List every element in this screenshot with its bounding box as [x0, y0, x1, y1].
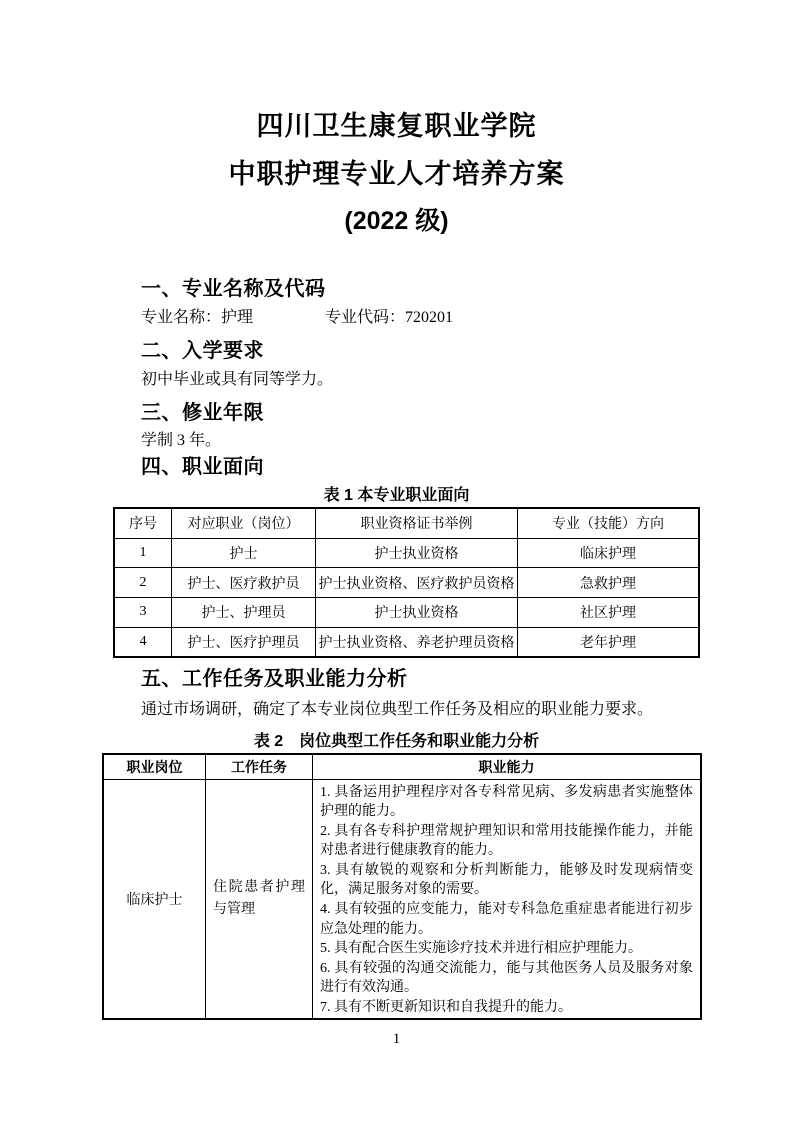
table1-cell: 护士执业资格: [316, 538, 518, 568]
table1-cell: 护士: [172, 538, 316, 568]
career-orientation-table: 序号 对应职业（岗位） 职业资格证书举例 专业（技能）方向 1 护士 护士执业资…: [113, 507, 700, 658]
job-position-cell: 临床护士: [103, 779, 206, 1019]
table2-header-cell: 职业能力: [313, 754, 702, 779]
page-number: 1: [0, 1031, 793, 1048]
doc-title-line-3: (2022 级): [0, 201, 793, 237]
ability-item: 7. 具有不断更新知识和自我提升的能力。: [320, 998, 693, 1018]
table1-cell: 社区护理: [518, 597, 700, 627]
ability-item: 3. 具有敏锐的观察和分析判断能力，能够及时发现病情变化，满足服务对象的需要。: [320, 861, 693, 900]
work-task-cell: 住院患者护理与管理: [206, 779, 313, 1019]
table-row: 4 护士、医疗护理员 护士执业资格、养老护理员资格 老年护理: [114, 627, 699, 657]
table1-cell: 3: [114, 597, 172, 627]
ability-item: 2. 具有各专科护理常规护理知识和常用技能操作能力，并能对患者进行健康教育的能力…: [320, 822, 693, 861]
table1-cell: 护士执业资格、养老护理员资格: [316, 627, 518, 657]
table-row: 3 护士、护理员 护士执业资格 社区护理: [114, 597, 699, 627]
table-row: 临床护士 住院患者护理与管理 1. 具备运用护理程序对各专科常见病、多发病患者实…: [103, 779, 701, 1019]
table2-caption: 表 2 岗位典型工作任务和职业能力分析: [0, 728, 793, 751]
abilities-cell: 1. 具备运用护理程序对各专科常见病、多发病患者实施整体护理的能力。 2. 具有…: [313, 779, 702, 1019]
table1-header-cell: 职业资格证书举例: [316, 508, 518, 538]
doc-title-line-1: 四川卫生康复职业学院: [0, 104, 793, 143]
table-row: 1 护士 护士执业资格 临床护理: [114, 538, 699, 568]
survey-intro-text: 通过市场调研，确定了本专业岗位典型工作任务及相应的职业能力要求。: [141, 696, 681, 719]
table1-cell: 护士、护理员: [172, 597, 316, 627]
table1-cell: 1: [114, 538, 172, 568]
table1-cell: 4: [114, 627, 172, 657]
section-heading-5: 五、工作任务及职业能力分析: [141, 662, 408, 691]
table1-cell: 急救护理: [518, 568, 700, 598]
table1-cell: 护士执业资格、医疗救护员资格: [316, 568, 518, 598]
major-name-code-line: 专业名称：护理 专业代码：720201: [141, 304, 453, 327]
major-code-label: 专业代码：720201: [325, 309, 453, 326]
table1-caption: 表 1 本专业职业面向: [0, 482, 793, 505]
table1-cell: 护士、医疗护理员: [172, 627, 316, 657]
table2-header-cell: 职业岗位: [103, 754, 206, 779]
table1-header-cell: 专业（技能）方向: [518, 508, 700, 538]
section-heading-3: 三、修业年限: [141, 396, 264, 425]
table1-cell: 老年护理: [518, 627, 700, 657]
table-header-row: 职业岗位 工作任务 职业能力: [103, 754, 701, 779]
document-page: 四川卫生康复职业学院 中职护理专业人才培养方案 (2022 级) 一、专业名称及…: [0, 0, 793, 1122]
entry-requirement-text: 初中毕业或具有同等学力。: [141, 366, 333, 389]
section-heading-4: 四、职业面向: [141, 450, 264, 479]
ability-item: 6. 具有较强的沟通交流能力，能与其他医务人员及服务对象进行有效沟通。: [320, 959, 693, 998]
table2-header-cell: 工作任务: [206, 754, 313, 779]
table1-cell: 护士执业资格: [316, 597, 518, 627]
section-heading-1: 一、专业名称及代码: [141, 272, 326, 301]
major-name-label: 专业名称：护理: [141, 304, 321, 327]
table1-cell: 临床护理: [518, 538, 700, 568]
work-task-ability-table: 职业岗位 工作任务 职业能力 临床护士 住院患者护理与管理 1. 具备运用护理程…: [102, 753, 702, 1020]
table1-header-cell: 对应职业（岗位）: [172, 508, 316, 538]
doc-title-line-2: 中职护理专业人才培养方案: [0, 152, 793, 191]
table1-header-cell: 序号: [114, 508, 172, 538]
study-period-text: 学制 3 年。: [141, 427, 221, 450]
section-heading-2: 二、入学要求: [141, 334, 264, 363]
ability-item: 4. 具有较强的应变能力，能对专科急危重症患者能进行初步应急处理的能力。: [320, 900, 693, 939]
table1-cell: 2: [114, 568, 172, 598]
table1-cell: 护士、医疗救护员: [172, 568, 316, 598]
ability-item: 5. 具有配合医生实施诊疗技术并进行相应护理能力。: [320, 939, 693, 959]
table-row: 2 护士、医疗救护员 护士执业资格、医疗救护员资格 急救护理: [114, 568, 699, 598]
ability-item: 1. 具备运用护理程序对各专科常见病、多发病患者实施整体护理的能力。: [320, 783, 693, 822]
table-header-row: 序号 对应职业（岗位） 职业资格证书举例 专业（技能）方向: [114, 508, 699, 538]
